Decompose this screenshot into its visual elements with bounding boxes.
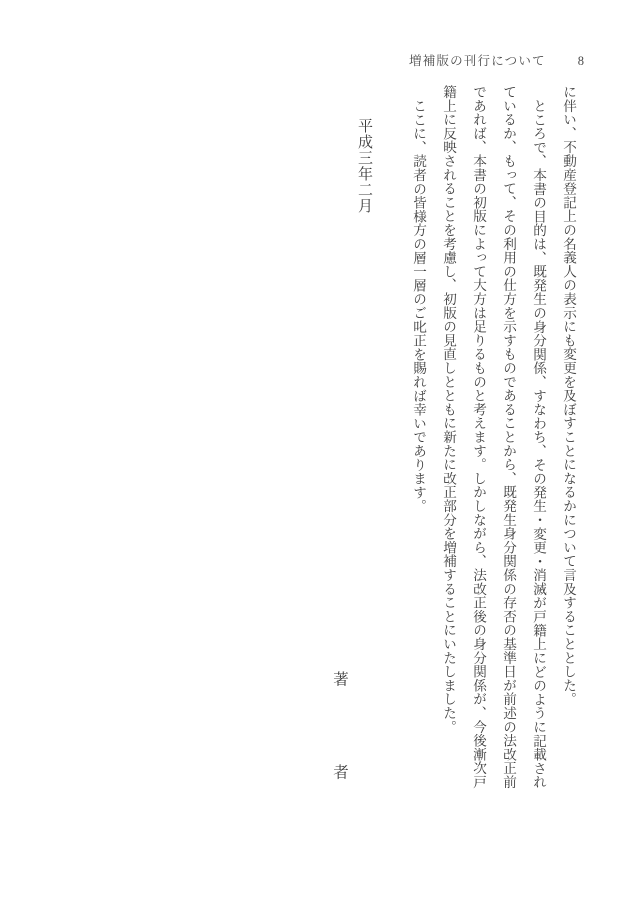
book-page: 増補版の刊行について 8 に伴い、不動産登記上の名義人の表示にも変更を及ぼすこと…	[0, 0, 637, 900]
date-line: 平成三年二月	[354, 118, 375, 214]
page-number: 8	[578, 54, 584, 69]
paragraph-continuation: に伴い、不動産登記上の名義人の表示にも変更を及ぼすことになるかについて言及するこ…	[553, 85, 583, 793]
author-signature: 著 者	[328, 671, 350, 780]
paragraph-closing: ここに、読者の皆様方の層一層のご叱正を賜れば幸いであります。	[403, 85, 433, 793]
running-head-title: 増補版の刊行について	[409, 51, 546, 69]
running-head: 増補版の刊行について 8	[409, 51, 584, 69]
paragraph-purpose: ところで、本書の目的は、既発生の身分関係、すなわち、その発生・変更・消滅が戸籍上…	[433, 85, 553, 793]
vertical-body-text: に伴い、不動産登記上の名義人の表示にも変更を及ぼすことになるかについて言及するこ…	[403, 85, 583, 793]
